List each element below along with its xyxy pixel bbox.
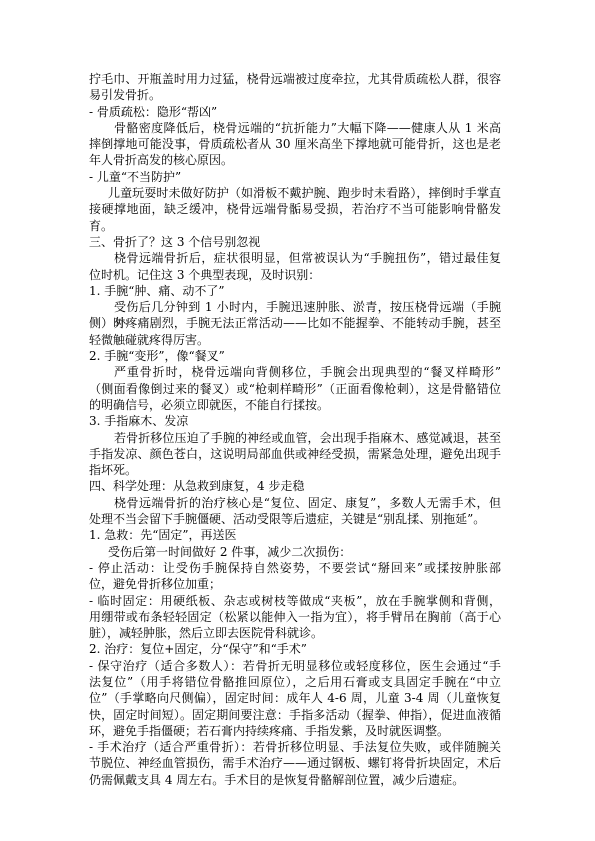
text-line: 受伤后几分钟到 1 小时内，手腕迅速肿胀、淤青，按压桡骨远端（手腕外	[89, 299, 501, 315]
text-line: 拧毛巾、开瓶盖时用力过猛，桡骨远端被过度牵拉，尤其骨质疏松人群，很容	[89, 71, 501, 87]
body-paragraph: 严重骨折时，桡骨远端向背侧移位，手腕会出现典型的“餐叉样畸形” （侧面看像倒过来…	[89, 364, 501, 413]
body-paragraph: 若骨折移位压迫了手腕的神经或血管，会出现手指麻木、感觉减退，甚至 手指发凉、颜色…	[89, 430, 501, 479]
numbered-heading-deformity: 2. 手腕“变形”，像“餐叉”	[89, 348, 501, 364]
document-body: 拧毛巾、开瓶盖时用力过猛，桡骨远端被过度牵拉，尤其骨质疏松人群，很容 易引发骨折…	[89, 71, 501, 788]
section-heading-treatment: 四、科学处理：从急救到康复，4 步走稳	[89, 478, 501, 494]
text-line: - 手术治疗（适合严重骨折）：若骨折移位明显、手法复位失败，或伴随腕关	[89, 739, 501, 755]
text-line: 仍需佩戴支具 4 周左右。手术目的是恢复骨骼解剖位置，减少后遗症。	[89, 772, 501, 788]
text-line: 桡骨远端骨折后，症状很明显，但常被误认为“手腕扭伤”，错过最佳复	[89, 250, 501, 266]
bullet-item-surgical-treatment: - 手术治疗（适合严重骨折）：若骨折移位明显、手法复位失败，或伴随腕关 节脱位、…	[89, 739, 501, 788]
body-paragraph: 桡骨远端骨折的治疗核心是“复位、固定、康复”，多数人无需手术，但 处理不当会留下…	[89, 495, 501, 528]
text-line: 处理不当会留下手腕僵硬、活动受限等后遗症，关键是“别乱揉、别拖延”。	[89, 511, 501, 527]
numbered-heading-therapy: 2. 治疗：复位+固定，分“保守”和“手术”	[89, 641, 501, 657]
bullet-heading-children: - 儿童“不当防护”	[89, 169, 501, 185]
text-line: 的明确信号，必须立即就医，不能自行揉按。	[89, 397, 501, 413]
text-line: 用绷带或布条轻轻固定（松紧以能伸入一指为宜），将手臂吊在胸前（高于心	[89, 609, 501, 625]
text-line: 若骨折移位压迫了手腕的神经或血管，会出现手指麻木、感觉减退，甚至	[89, 430, 501, 446]
text-line: 严重骨折时，桡骨远端向背侧移位，手腕会出现典型的“餐叉样畸形”	[89, 364, 501, 380]
body-paragraph: 受伤后第一时间做好 2 件事，减少二次损伤：	[89, 544, 501, 560]
text-line: 位时机。记住这 3 个典型表现，及时识别：	[89, 267, 501, 283]
numbered-heading-swelling: 1. 手腕“肿、痛、动不了”	[89, 283, 501, 299]
section-heading-signals: 三、骨折了？这 3 个信号别忽视	[89, 234, 501, 250]
text-line: 育。	[89, 218, 501, 234]
text-line: 侧）时疼痛剧烈，手腕无法正常活动——比如不能握拳、不能转动手腕，甚至	[89, 315, 501, 331]
text-line: 快，固定时间短）。固定期间要注意：手指多活动（握拳、伸指），促进血液循	[89, 707, 501, 723]
text-line: - 临时固定：用硬纸板、杂志或树枝等做成“夹板”，放在手腕掌侧和背侧，	[89, 593, 501, 609]
text-line: 摔倒撑地可能没事，骨质疏松者从 30 厘米高坐下撑地就可能骨折，这也是老	[89, 136, 501, 152]
text-line: 法复位”（用手将错位骨骼推回原位），之后用石膏或支具固定手腕在“中立	[89, 674, 501, 690]
document-page: 拧毛巾、开瓶盖时用力过猛，桡骨远端被过度牵拉，尤其骨质疏松人群，很容 易引发骨折…	[0, 0, 595, 841]
bullet-item-conservative-treatment: - 保守治疗（适合多数人）：若骨折无明显移位或轻度移位，医生会通过“手 法复位”…	[89, 658, 501, 739]
text-line: 年人骨折高发的核心原因。	[89, 152, 501, 168]
text-line: 环，避免手指僵硬；若石膏内持续疼痛、手指发紫，及时就医调整。	[89, 723, 501, 739]
text-line: 易引发骨折。	[89, 87, 501, 103]
numbered-heading-first-aid: 1. 急救：先“固定”，再送医	[89, 527, 501, 543]
body-paragraph: 桡骨远端骨折后，症状很明显，但常被误认为“手腕扭伤”，错过最佳复 位时机。记住这…	[89, 250, 501, 283]
bullet-item-stop-activity: - 停止活动：让受伤手腕保持自然姿势，不要尝试“掰回来”或揉按肿胀部 位，避免骨…	[89, 560, 501, 593]
text-line: 节脱位、神经血管损伤，需手术治疗——通过钢板、螺钉将骨折块固定，术后	[89, 755, 501, 771]
numbered-heading-numbness: 3. 手指麻木、发凉	[89, 413, 501, 429]
text-line: 接硬撑地面，缺乏缓冲，桡骨远端骨骺易受损，若治疗不当可能影响骨骼发	[89, 201, 501, 217]
text-line: 儿童玩耍时未做好防护（如滑板不戴护腕、跑步时未看路），摔倒时手掌直	[89, 185, 501, 201]
text-line: 手指发凉、颜色苍白，这说明局部血供或神经受损，需紧急处理，避免出现手	[89, 446, 501, 462]
text-line: 骨骼密度降低后，桡骨远端的“抗折能力”大幅下降——健康人从 1 米高	[89, 120, 501, 136]
text-line: 轻微触碰就疼得厉害。	[89, 332, 501, 348]
text-line: - 保守治疗（适合多数人）：若骨折无明显移位或轻度移位，医生会通过“手	[89, 658, 501, 674]
body-paragraph: 拧毛巾、开瓶盖时用力过猛，桡骨远端被过度牵拉，尤其骨质疏松人群，很容 易引发骨折…	[89, 71, 501, 104]
bullet-item-temporary-fixation: - 临时固定：用硬纸板、杂志或树枝等做成“夹板”，放在手腕掌侧和背侧， 用绷带或…	[89, 593, 501, 642]
body-paragraph: 受伤后几分钟到 1 小时内，手腕迅速肿胀、淤青，按压桡骨远端（手腕外 侧）时疼痛…	[89, 299, 501, 348]
text-line: 桡骨远端骨折的治疗核心是“复位、固定、康复”，多数人无需手术，但	[89, 495, 501, 511]
text-line: 位”（手掌略向尺侧偏），固定时间：成年人 4-6 周，儿童 3-4 周（儿童恢复	[89, 690, 501, 706]
body-paragraph: 儿童玩耍时未做好防护（如滑板不戴护腕、跑步时未看路），摔倒时手掌直 接硬撑地面，…	[89, 185, 501, 234]
text-line: 指坏死。	[89, 462, 501, 478]
body-paragraph: 骨骼密度降低后，桡骨远端的“抗折能力”大幅下降——健康人从 1 米高 摔倒撑地可…	[89, 120, 501, 169]
text-line: （侧面看像倒过来的餐叉）或“枪刺样畸形”（正面看像枪刺），这是骨骼错位	[89, 381, 501, 397]
text-line: 受伤后第一时间做好 2 件事，减少二次损伤：	[89, 544, 501, 560]
text-line: 位，避免骨折移位加重；	[89, 576, 501, 592]
bullet-heading-osteoporosis: - 骨质疏松：隐形“帮凶”	[89, 104, 501, 120]
text-line: - 停止活动：让受伤手腕保持自然姿势，不要尝试“掰回来”或揉按肿胀部	[89, 560, 501, 576]
text-line: 脏），减轻肿胀，然后立即去医院骨科就诊。	[89, 625, 501, 641]
